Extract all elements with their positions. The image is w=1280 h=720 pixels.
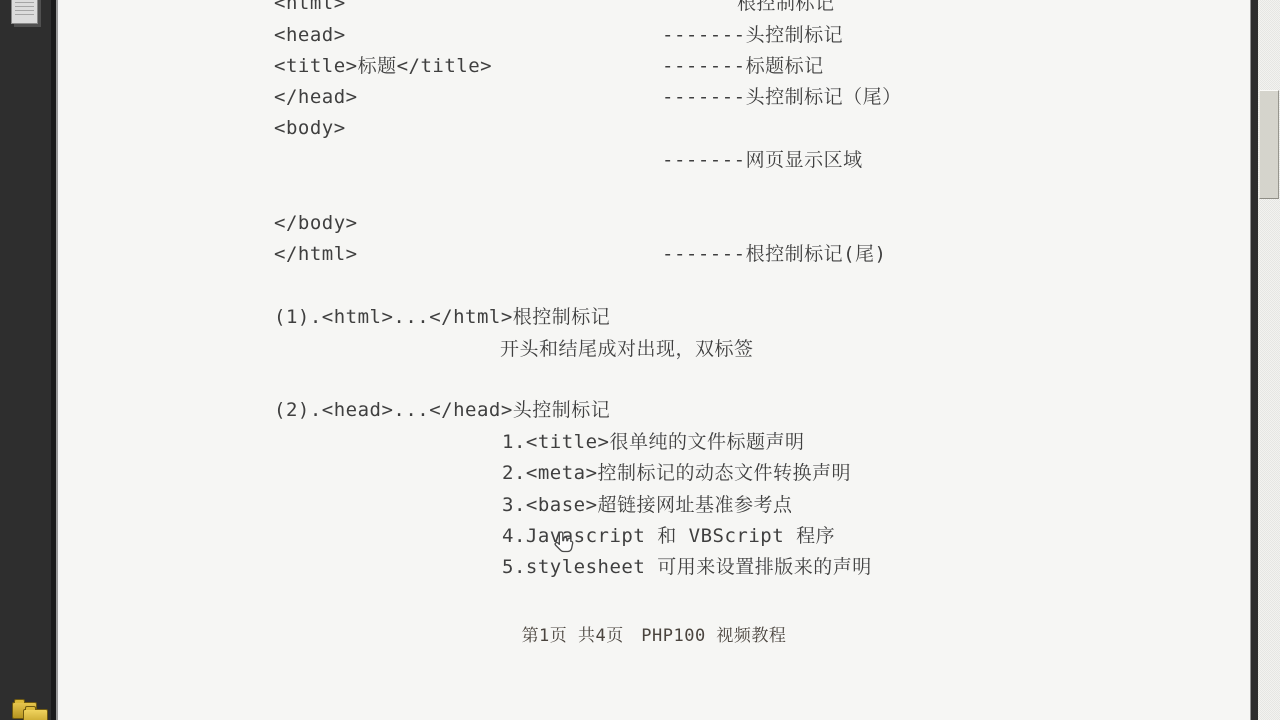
vertical-scrollbar-thumb[interactable] [1259,90,1279,199]
section-body: 开头和结尾成对出现，双标签 [500,338,754,360]
section-heading: (2).<head>...</head>头控制标记 [274,399,610,421]
vertical-scrollbar-track[interactable] [1258,0,1280,720]
list-item: 5.stylesheet 可用来设置排版来的声明 [502,556,872,578]
folder-icon[interactable] [8,701,50,720]
document-page: <html> 根控制标记 <head> -------头控制标记 <title>… [58,0,1250,720]
screen: <html> 根控制标记 <head> -------头控制标记 <title>… [0,0,1280,720]
annotation: -------网页显示区域 [662,149,863,171]
annotation: -------头控制标记 [662,24,843,46]
list-item: 4.Javascript 和 VBScript 程序 [502,525,835,547]
annotation: -------头控制标记（尾） [662,86,902,108]
code-line: <body> [274,117,346,139]
code-line: </html> [274,243,358,265]
desktop-left-strip [0,0,51,720]
document-icon[interactable] [11,0,45,29]
section-heading: (1).<html>...</html>根控制标记 [274,306,610,328]
list-item: 2.<meta>控制标记的动态文件转换声明 [502,462,851,484]
list-item: 3.<base>超链接网址基准参考点 [502,494,793,516]
list-item: 1.<title>很单纯的文件标题声明 [502,431,804,453]
annotation: 根控制标记 [737,0,835,14]
folder-icon-front [23,709,48,720]
page-footer: 第1页 共4页 PHP100 视频教程 [58,621,1250,646]
code-line: </head> [274,86,358,108]
annotation: -------根控制标记(尾) [662,243,886,265]
document-icon-page [11,0,38,24]
code-line: <title>标题</title> [274,55,492,77]
window-right-border [1250,0,1258,720]
code-line: </body> [274,212,358,234]
code-line: <html> [274,0,346,14]
code-line: <head> [274,24,346,46]
annotation: -------标题标记 [662,55,824,77]
